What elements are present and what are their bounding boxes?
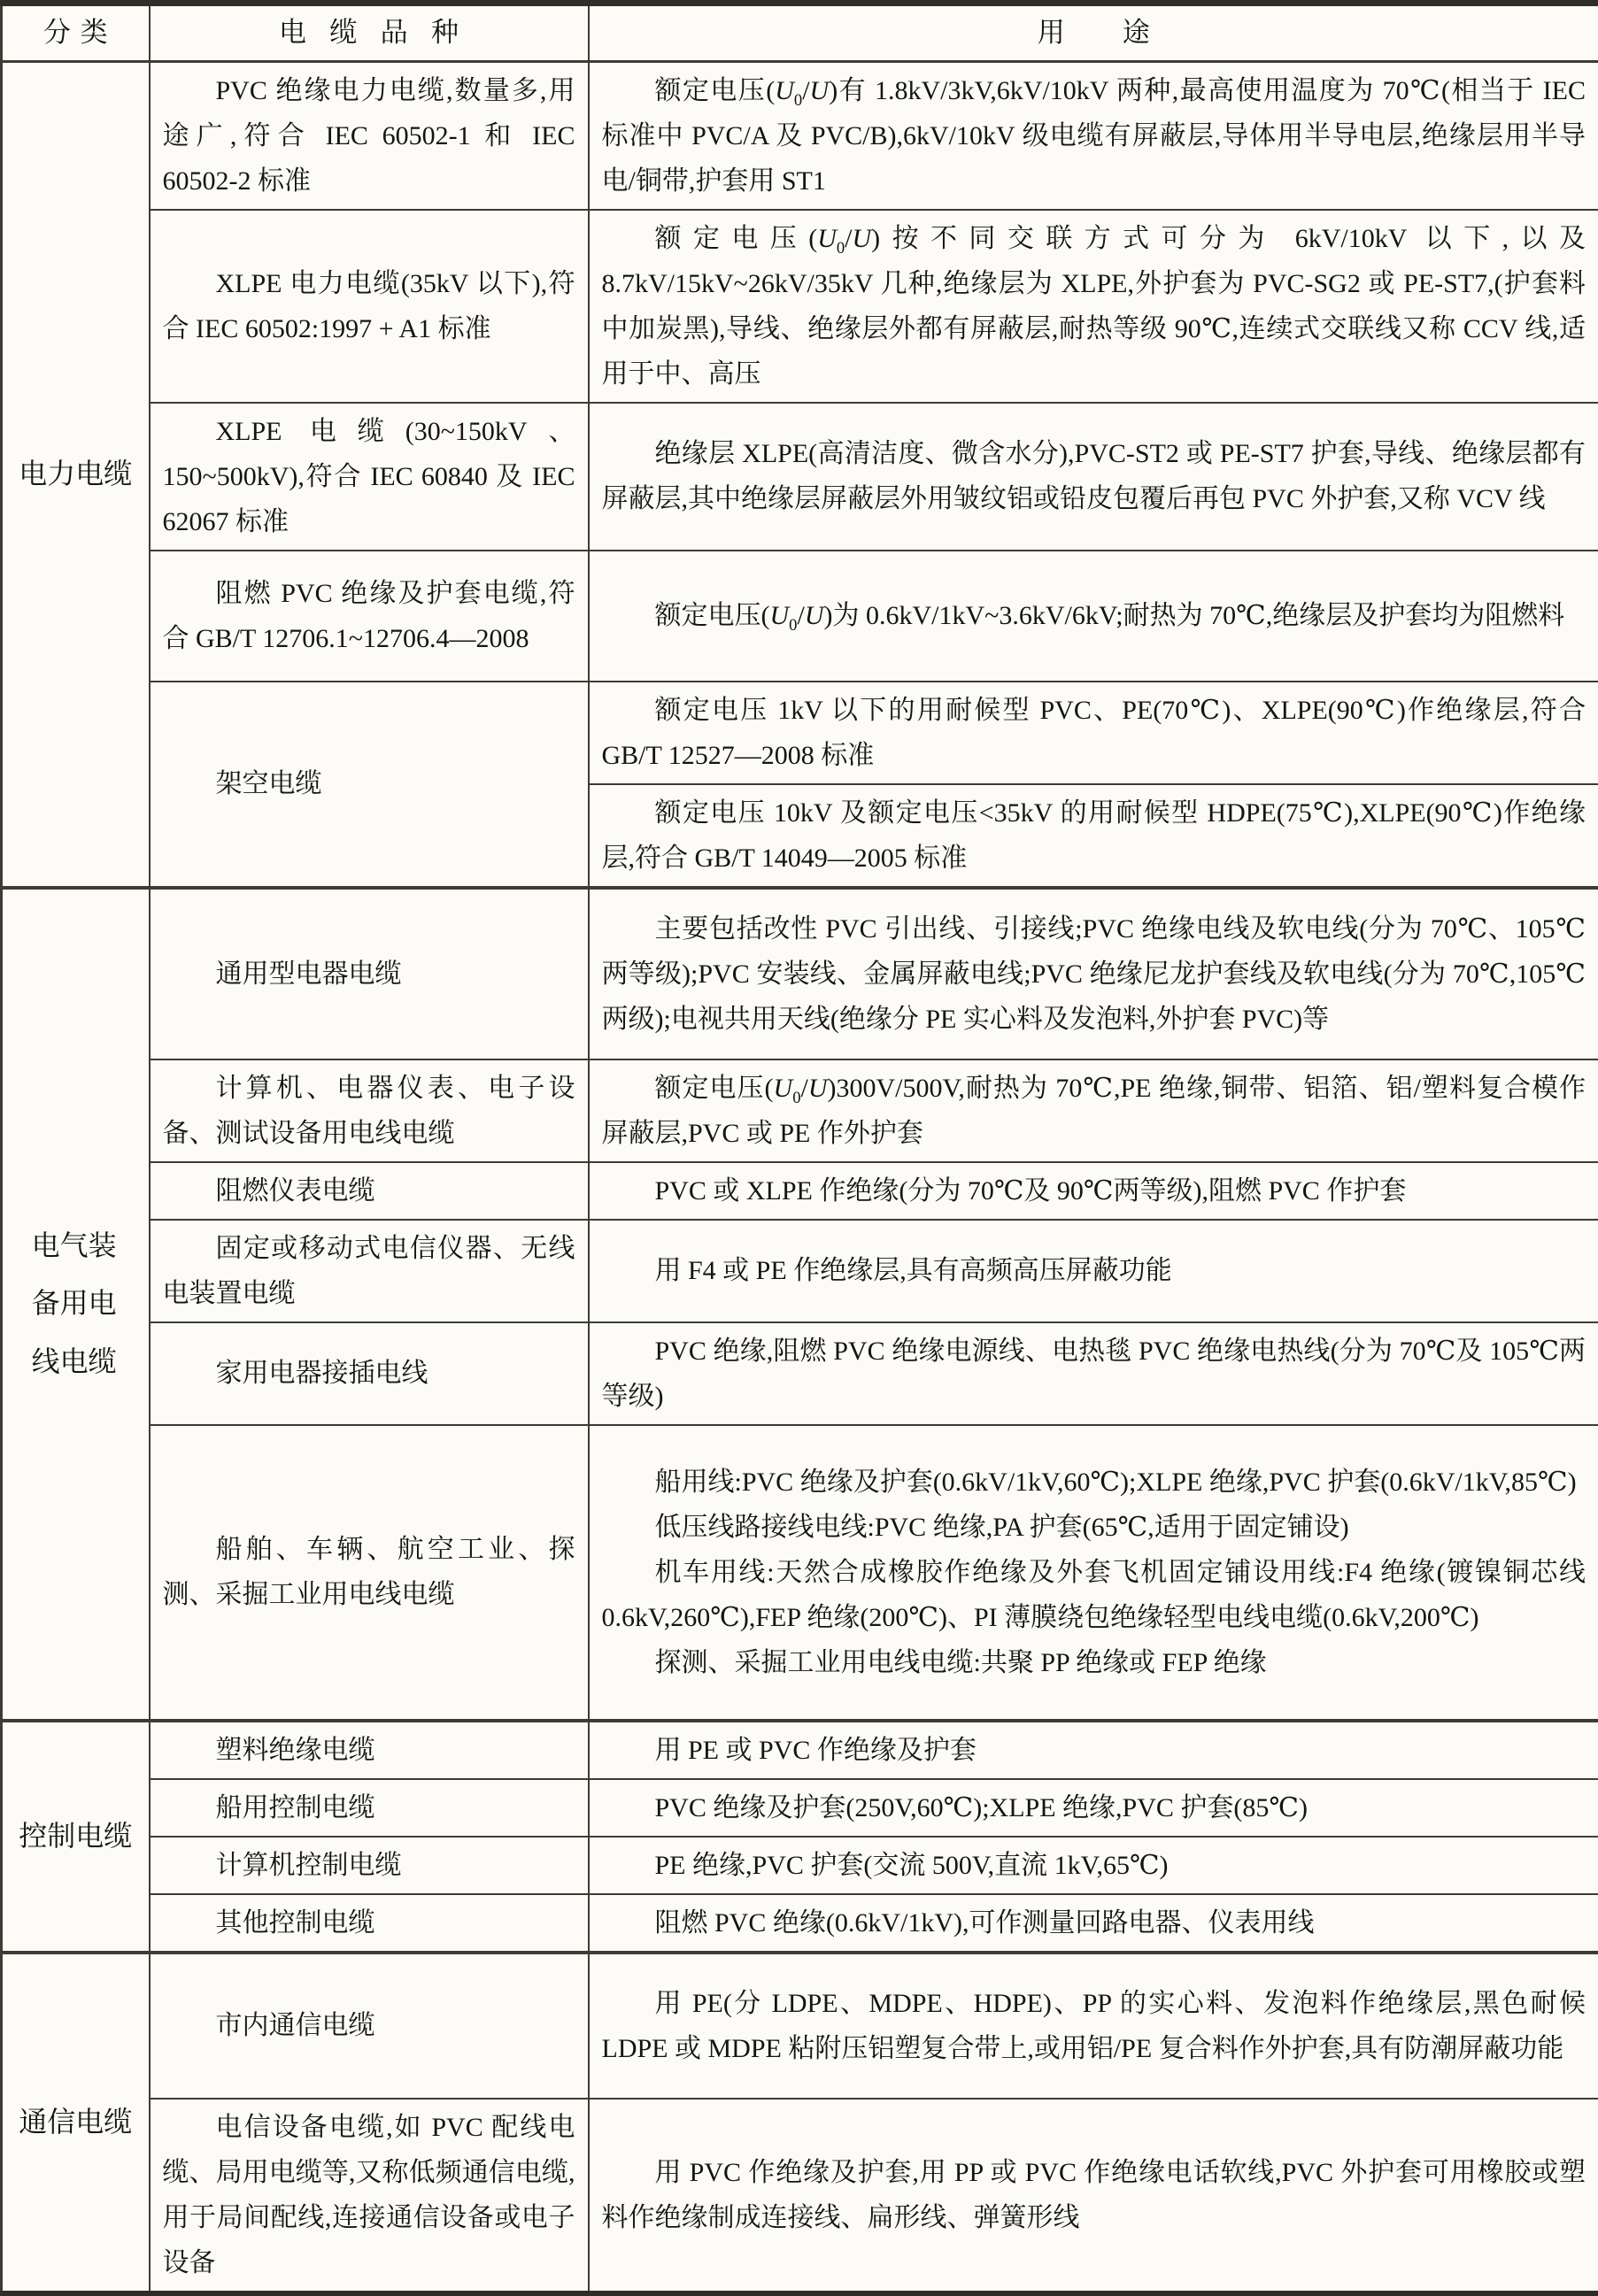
variety-text: PVC 绝缘电力电缆,数量多,用途广,符合 IEC 60502-1 和 IEC … — [163, 68, 575, 204]
table-row: 阻燃仪表电缆 PVC 或 XLPE 作绝缘(分为 70℃及 90℃两等级),阻燃… — [2, 1162, 1598, 1220]
usage-cell: 额定电压(U0/U)为 0.6kV/1kV~3.6kV/6kV;耐热为 70℃,… — [589, 551, 1598, 682]
variety-cell: PVC 绝缘电力电缆,数量多,用途广,符合 IEC 60502-1 和 IEC … — [150, 61, 589, 210]
usage-text: 阻燃 PVC 绝缘(0.6kV/1kV),可作测量回路电器、仪表用线 — [602, 1900, 1586, 1945]
category-label: 控制电缆 — [19, 1820, 132, 1852]
usage-text: PVC 绝缘及护套(250V,60℃);XLPE 绝缘,PVC 护套(85℃) — [602, 1785, 1586, 1830]
variety-cell: 市内通信电缆 — [150, 1953, 589, 2099]
usage-cell: 用 PE(分 LDPE、MDPE、HDPE)、PP 的实心料、发泡料作绝缘层,黑… — [589, 1953, 1598, 2099]
header-variety: 电缆品种 — [150, 4, 589, 62]
document-page: 分类 电缆品种 用途 电力电缆 PVC 绝缘电力电缆,数量多,用途广,符合 IE… — [0, 0, 1598, 2296]
variety-text: 船用控制电缆 — [163, 1785, 575, 1830]
category-label: 通信电缆 — [19, 2106, 132, 2138]
usage-cell: PVC 绝缘及护套(250V,60℃);XLPE 绝缘,PVC 护套(85℃) — [589, 1779, 1598, 1837]
usage-cell: 主要包括改性 PVC 引出线、引接线;PVC 绝缘电线及软电线(分为 70℃、1… — [589, 888, 1598, 1059]
usage-text: 额定电压(U0/U)为 0.6kV/1kV~3.6kV/6kV;耐热为 70℃,… — [602, 593, 1586, 638]
table-row: 船用控制电缆 PVC 绝缘及护套(250V,60℃);XLPE 绝缘,PVC 护… — [2, 1779, 1598, 1837]
table-row: 电力电缆 PVC 绝缘电力电缆,数量多,用途广,符合 IEC 60502-1 和… — [2, 61, 1598, 210]
table-row: 计算机、电器仪表、电子设备、测试设备用电线电缆 额定电压(U0/U)300V/5… — [2, 1059, 1598, 1162]
usage-cell: 阻燃 PVC 绝缘(0.6kV/1kV),可作测量回路电器、仪表用线 — [589, 1894, 1598, 1953]
usage-text: PVC 或 XLPE 作绝缘(分为 70℃及 90℃两等级),阻燃 PVC 作护… — [602, 1168, 1586, 1213]
variety-text: 计算机控制电缆 — [163, 1843, 575, 1888]
table-row: 其他控制电缆 阻燃 PVC 绝缘(0.6kV/1kV),可作测量回路电器、仪表用… — [2, 1894, 1598, 1953]
table-row: 计算机控制电缆 PE 绝缘,PVC 护套(交流 500V,直流 1kV,65℃) — [2, 1837, 1598, 1894]
usage-cell: PVC 绝缘,阻燃 PVC 绝缘电源线、电热毯 PVC 绝缘电热线(分为 70℃… — [589, 1322, 1598, 1425]
usage-text: PE 绝缘,PVC 护套(交流 500V,直流 1kV,65℃) — [602, 1843, 1586, 1888]
variety-cell: 通用型电器电缆 — [150, 888, 589, 1059]
category-cell-equipment: 电气装备用电线电缆 — [2, 888, 150, 1721]
table-row: 电气装备用电线电缆 通用型电器电缆 主要包括改性 PVC 引出线、引接线;PVC… — [2, 888, 1598, 1059]
category-label: 电气装备用电线电缆 — [32, 1217, 120, 1391]
usage-cell: 绝缘层 XLPE(高清洁度、微含水分),PVC-ST2 或 PE-ST7 护套,… — [589, 403, 1598, 551]
variety-text: 固定或移动式电信仪器、无线电装置电缆 — [163, 1226, 575, 1316]
usage-paragraph: 低压线路接线电线:PVC 绝缘,PA 护套(65℃,适用于固定铺设) — [602, 1505, 1586, 1550]
usage-cell: PE 绝缘,PVC 护套(交流 500V,直流 1kV,65℃) — [589, 1837, 1598, 1894]
category-cell-power: 电力电缆 — [2, 61, 150, 888]
variety-cell: 架空电缆 — [150, 682, 589, 888]
usage-cell: 用 PVC 作绝缘及护套,用 PP 或 PVC 作绝缘电话软线,PVC 外护套可… — [589, 2099, 1598, 2293]
table-row: 通信电缆 市内通信电缆 用 PE(分 LDPE、MDPE、HDPE)、PP 的实… — [2, 1953, 1598, 2099]
usage-paragraph: 探测、采掘工业用电线电缆:共聚 PP 绝缘或 FEP 绝缘 — [602, 1640, 1586, 1685]
variety-cell: 计算机、电器仪表、电子设备、测试设备用电线电缆 — [150, 1059, 589, 1162]
table-row: 固定或移动式电信仪器、无线电装置电缆 用 F4 或 PE 作绝缘层,具有高频高压… — [2, 1220, 1598, 1322]
header-usage: 用途 — [589, 4, 1598, 62]
table-row: 电信设备电缆,如 PVC 配线电缆、局用电缆等,又称低频通信电缆,用于局间配线,… — [2, 2099, 1598, 2293]
variety-text: 架空电缆 — [163, 761, 575, 806]
variety-cell: XLPE 电缆(30~150kV、150~500kV),符合 IEC 60840… — [150, 403, 589, 551]
usage-cell: 额定电压(U0/U)300V/500V,耐热为 70℃,PE 绝缘,铜带、铝箔、… — [589, 1059, 1598, 1162]
usage-text: 绝缘层 XLPE(高清洁度、微含水分),PVC-ST2 或 PE-ST7 护套,… — [602, 431, 1586, 521]
usage-cell: 额定电压 10kV 及额定电压<35kV 的用耐候型 HDPE(75℃),XLP… — [589, 784, 1598, 888]
usage-paragraph: 机车用线:天然合成橡胶作绝缘及外套飞机固定铺设用线:F4 绝缘(镀镍铜芯线 0.… — [602, 1550, 1586, 1640]
usage-text: PVC 绝缘,阻燃 PVC 绝缘电源线、电热毯 PVC 绝缘电热线(分为 70℃… — [602, 1329, 1586, 1419]
usage-text: 额定电压(U0/U)按不同交联方式可分为 6kV/10kV 以下,以及 8.7k… — [602, 216, 1586, 397]
category-label: 电力电缆 — [19, 458, 132, 489]
variety-text: 计算机、电器仪表、电子设备、测试设备用电线电缆 — [163, 1066, 575, 1156]
variety-cell: 船用控制电缆 — [150, 1779, 589, 1837]
variety-text: 阻燃 PVC 绝缘及护套电缆,符合 GB/T 12706.1~12706.4—2… — [163, 571, 575, 661]
variety-cell: 家用电器接插电线 — [150, 1322, 589, 1425]
variety-cell: 塑料绝缘电缆 — [150, 1721, 589, 1779]
usage-cell: 用 PE 或 PVC 作绝缘及护套 — [589, 1721, 1598, 1779]
variety-text: 阻燃仪表电缆 — [163, 1168, 575, 1213]
usage-text: 额定电压(U0/U)300V/500V,耐热为 70℃,PE 绝缘,铜带、铝箔、… — [602, 1066, 1586, 1156]
variety-text: 塑料绝缘电缆 — [163, 1728, 575, 1773]
variety-cell: 阻燃 PVC 绝缘及护套电缆,符合 GB/T 12706.1~12706.4—2… — [150, 551, 589, 682]
table-header-row: 分类 电缆品种 用途 — [2, 4, 1598, 62]
usage-cell: PVC 或 XLPE 作绝缘(分为 70℃及 90℃两等级),阻燃 PVC 作护… — [589, 1162, 1598, 1220]
usage-text: 用 F4 或 PE 作绝缘层,具有高频高压屏蔽功能 — [602, 1248, 1586, 1293]
usage-text: 额定电压 10kV 及额定电压<35kV 的用耐候型 HDPE(75℃),XLP… — [602, 790, 1586, 881]
usage-paragraph: 船用线:PVC 绝缘及护套(0.6kV/1kV,60℃);XLPE 绝缘,PVC… — [602, 1460, 1586, 1505]
variety-text: 家用电器接插电线 — [163, 1351, 575, 1396]
table-row: 架空电缆 额定电压 1kV 以下的用耐候型 PVC、PE(70℃)、XLPE(9… — [2, 682, 1598, 784]
variety-text: 其他控制电缆 — [163, 1900, 575, 1945]
variety-cell: 固定或移动式电信仪器、无线电装置电缆 — [150, 1220, 589, 1322]
table-row: XLPE 电缆(30~150kV、150~500kV),符合 IEC 60840… — [2, 403, 1598, 551]
usage-text: 主要包括改性 PVC 引出线、引接线;PVC 绝缘电线及软电线(分为 70℃、1… — [602, 906, 1586, 1042]
variety-text: 通用型电器电缆 — [163, 952, 575, 997]
cable-classification-table: 分类 电缆品种 用途 电力电缆 PVC 绝缘电力电缆,数量多,用途广,符合 IE… — [0, 0, 1598, 2296]
usage-text: 用 PE(分 LDPE、MDPE、HDPE)、PP 的实心料、发泡料作绝缘层,黑… — [602, 1981, 1586, 2071]
variety-cell: 其他控制电缆 — [150, 1894, 589, 1953]
category-cell-control: 控制电缆 — [2, 1721, 150, 1953]
usage-text: 额定电压 1kV 以下的用耐候型 PVC、PE(70℃)、XLPE(90℃)作绝… — [602, 688, 1586, 778]
variety-cell: 阻燃仪表电缆 — [150, 1162, 589, 1220]
variety-text: XLPE 电力电缆(35kV 以下),符合 IEC 60502:1997 + A… — [163, 261, 575, 351]
category-cell-communication: 通信电缆 — [2, 1953, 150, 2293]
usage-text: 额定电压(U0/U)有 1.8kV/3kV,6kV/10kV 两种,最高使用温度… — [602, 68, 1586, 204]
header-category: 分类 — [2, 4, 150, 62]
variety-text: 船舶、车辆、航空工业、探测、采掘工业用电线电缆 — [163, 1527, 575, 1617]
variety-text: 电信设备电缆,如 PVC 配线电缆、局用电缆等,又称低频通信电缆,用于局间配线,… — [163, 2105, 575, 2285]
table-row: 船舶、车辆、航空工业、探测、采掘工业用电线电缆 船用线:PVC 绝缘及护套(0.… — [2, 1425, 1598, 1721]
variety-cell: 计算机控制电缆 — [150, 1837, 589, 1894]
usage-cell: 船用线:PVC 绝缘及护套(0.6kV/1kV,60℃);XLPE 绝缘,PVC… — [589, 1425, 1598, 1721]
table-row: 阻燃 PVC 绝缘及护套电缆,符合 GB/T 12706.1~12706.4—2… — [2, 551, 1598, 682]
variety-cell: XLPE 电力电缆(35kV 以下),符合 IEC 60502:1997 + A… — [150, 210, 589, 403]
usage-cell: 用 F4 或 PE 作绝缘层,具有高频高压屏蔽功能 — [589, 1220, 1598, 1322]
table-row: 控制电缆 塑料绝缘电缆 用 PE 或 PVC 作绝缘及护套 — [2, 1721, 1598, 1779]
usage-cell: 额定电压 1kV 以下的用耐候型 PVC、PE(70℃)、XLPE(90℃)作绝… — [589, 682, 1598, 784]
variety-text: XLPE 电缆(30~150kV、150~500kV),符合 IEC 60840… — [163, 409, 575, 544]
usage-text: 用 PVC 作绝缘及护套,用 PP 或 PVC 作绝缘电话软线,PVC 外护套可… — [602, 2150, 1586, 2240]
variety-cell: 电信设备电缆,如 PVC 配线电缆、局用电缆等,又称低频通信电缆,用于局间配线,… — [150, 2099, 589, 2293]
usage-cell: 额定电压(U0/U)有 1.8kV/3kV,6kV/10kV 两种,最高使用温度… — [589, 61, 1598, 210]
table-row: 家用电器接插电线 PVC 绝缘,阻燃 PVC 绝缘电源线、电热毯 PVC 绝缘电… — [2, 1322, 1598, 1425]
table-row: XLPE 电力电缆(35kV 以下),符合 IEC 60502:1997 + A… — [2, 210, 1598, 403]
usage-text: 用 PE 或 PVC 作绝缘及护套 — [602, 1728, 1586, 1773]
variety-text: 市内通信电缆 — [163, 2003, 575, 2048]
usage-cell: 额定电压(U0/U)按不同交联方式可分为 6kV/10kV 以下,以及 8.7k… — [589, 210, 1598, 403]
variety-cell: 船舶、车辆、航空工业、探测、采掘工业用电线电缆 — [150, 1425, 589, 1721]
